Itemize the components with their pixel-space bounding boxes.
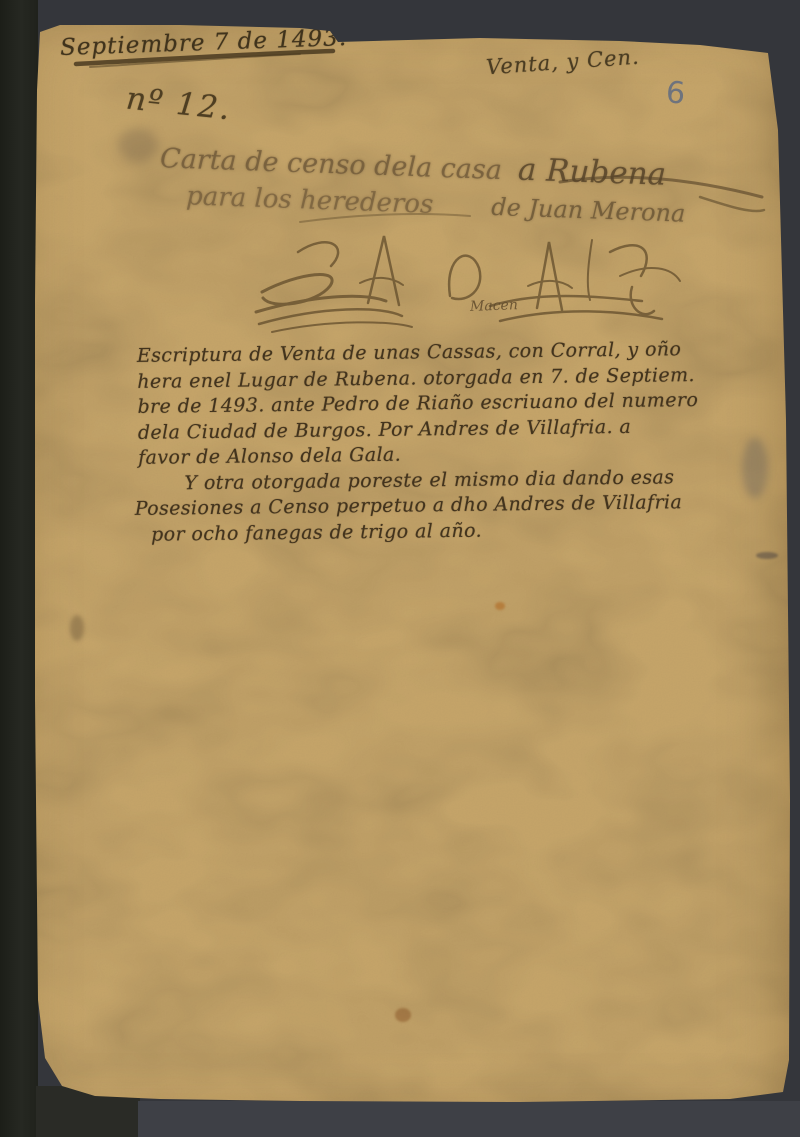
date-header: Septiembre 7 de 1493. [60, 25, 348, 61]
stain-upper-left [118, 128, 158, 162]
faded-title-line2-left: para los herederos [186, 181, 434, 220]
scanned-document: Septiembre 7 de 1493. Venta, y Cen. 6 nº… [0, 0, 800, 1137]
stain-bottom-brown [395, 1008, 411, 1022]
faded-title-line1-left: Carta de censo dela casa [160, 143, 503, 186]
pencil-folio-number: 6 [665, 75, 686, 111]
stain-orange-speck [495, 602, 505, 610]
faded-title-line1-right: a Rubena [517, 152, 666, 193]
stain-dark-dash [756, 552, 778, 559]
scanner-mat [138, 1101, 800, 1137]
book-spine-edge [0, 0, 38, 1137]
flourish-small-word: Macen [470, 297, 518, 315]
summary-paragraph: Escriptura de Venta de unas Cassas, con … [137, 336, 769, 548]
classification-note: Venta, y Cen. [485, 45, 640, 80]
parchment-page: Septiembre 7 de 1493. Venta, y Cen. 6 nº… [0, 0, 800, 1137]
stain-left-edge [70, 615, 84, 641]
document-number-note: nº 12. [124, 81, 233, 128]
faded-title-line2-right: de Juan Merona [491, 193, 686, 228]
